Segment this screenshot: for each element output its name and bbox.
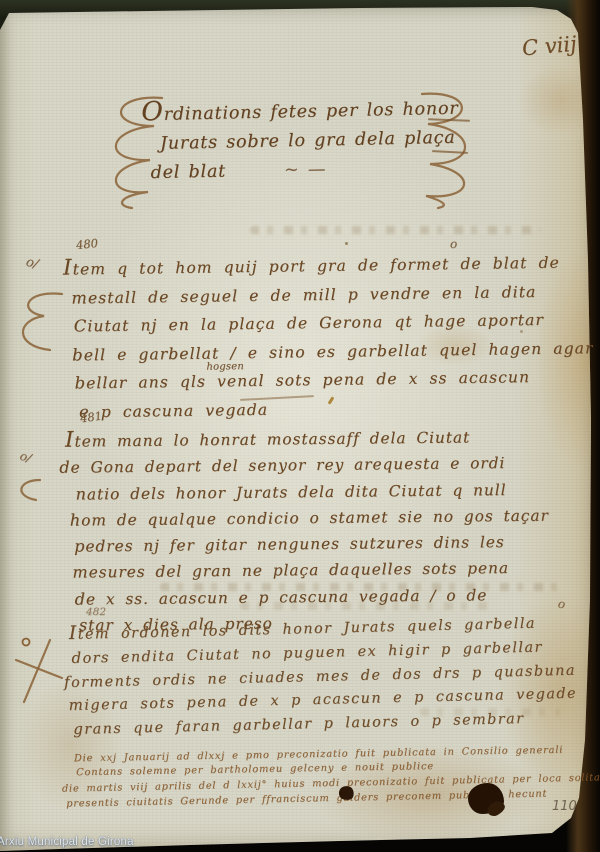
entry-481-paraph-flourish	[12, 476, 44, 504]
title-end-mark: ~ —	[284, 159, 327, 180]
title-line-3-text: del blat	[150, 162, 226, 184]
folio-mark: C viij	[521, 32, 577, 61]
entry-481-text: Item mana lo honrat mostassaff dela Ciut…	[59, 422, 581, 639]
title-block: Ordinations fetes per los honor Jurats s…	[129, 96, 471, 183]
archive-watermark: Arxiu Municipal de Girona	[0, 836, 134, 848]
bleed-through-smudge	[250, 226, 540, 234]
ink-speck	[345, 242, 348, 245]
entry-482-number: 482	[86, 606, 106, 618]
page-number: 110	[552, 799, 577, 814]
ink-speck	[520, 330, 523, 333]
manuscript-photo: C viij Ordinations fetes per los honor J…	[0, 0, 600, 852]
entry-480-interlinear-addition: hogsen	[206, 353, 244, 382]
entry-482-text: Item ordonen los dits honor Jurats quels…	[55, 611, 578, 743]
title-line-2: Jurats sobre lo gra dela plaça	[160, 127, 470, 153]
line-end-o-flourish: o	[450, 237, 457, 251]
entry-480-paraph-flourish	[14, 290, 68, 354]
entry-480-number: 480	[75, 236, 98, 252]
entry-480-text: Item q tot hom quij port gra de formet d…	[63, 247, 585, 426]
